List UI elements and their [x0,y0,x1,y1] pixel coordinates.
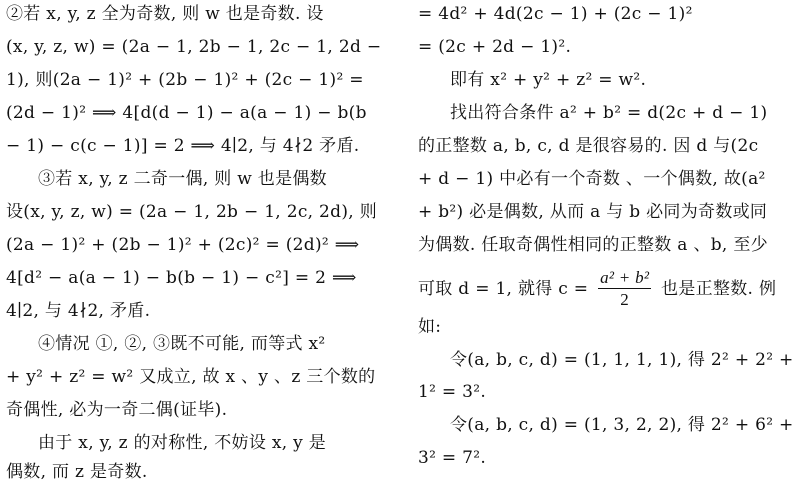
example-line: 3² = 7². [418,447,486,469]
text-line: 如: [418,316,441,338]
text-line: + y² + z² = w² 又成立, 故 x 、y 、z 三个数的 [6,366,375,388]
text-line: 即有 x² + y² + z² = w². [418,69,646,91]
text-line: 找出符合条件 a² + b² = d(2c + d − 1) [418,102,767,124]
example-line: 令(a, b, c, d) = (1, 3, 2, 2), 得 2² + 6² … [418,414,794,436]
text-line: ④情况 ①, ②, ③既不可能, 而等式 x² [6,333,326,355]
text-line: 设(x, y, z, w) = (2a − 1, 2b − 1, 2c, 2d)… [6,201,377,223]
text-line: 4∣2, 与 4∤2, 矛盾. [6,300,150,322]
text-line: (2d − 1)² ⟹ 4[d(d − 1) − a(a − 1) − b(b [6,102,367,124]
text-line: ③若 x, y, z 二奇一偶, 则 w 也是偶数 [6,168,327,190]
example-line: 1² = 3². [418,381,486,403]
text-line: 4[d² − a(a − 1) − b(b − 1) − c²] = 2 ⟹ [6,267,357,289]
fraction-numerator: a² + b² [598,268,651,289]
text-line: (x, y, z, w) = (2a − 1, 2b − 1, 2c − 1, … [6,36,381,58]
fraction-prefix: 可取 d = 1, 就得 c = [418,279,588,299]
example-line: 令(a, b, c, d) = (1, 1, 1, 1), 得 2² + 2² … [418,349,794,371]
text-line: (2a − 1)² + (2b − 1)² + (2c)² = (2d)² ⟹ [6,234,359,256]
text-line: + b²) 必是偶数, 从而 a 与 b 必同为奇数或同 [418,201,767,223]
text-line-with-fraction: 可取 d = 1, 就得 c = a² + b² 2 也是正整数. 例 [418,268,776,311]
equation-line: = (2c + 2d − 1)². [418,36,571,58]
equation-line: = 4d² + 4d(2c − 1) + (2c − 1)² [418,3,693,25]
fraction-suffix: 也是正整数. 例 [661,279,776,299]
text-line: ②若 x, y, z 全为奇数, 则 w 也是奇数. 设 [6,3,324,25]
text-line: 奇偶性, 必为一奇二偶(证毕). [6,399,227,421]
fraction-denominator: 2 [598,289,651,311]
text-line: 偶数, 而 z 是奇数. [6,461,148,481]
text-line: 由于 x, y, z 的对称性, 不妨设 x, y 是 [6,432,326,454]
text-line: 为偶数. 任取奇偶性相同的正整数 a 、b, 至少 [418,234,768,256]
text-line: + d − 1) 中必有一个奇数 、一个偶数, 故(a² [418,168,766,190]
text-line: 的正整数 a, b, c, d 是很容易的. 因 d 与(2c [418,135,758,157]
text-line: − 1) − c(c − 1)] = 2 ⟹ 4∣2, 与 4∤2 矛盾. [6,135,359,157]
fraction: a² + b² 2 [598,268,651,311]
text-line: 1), 则(2a − 1)² + (2b − 1)² + (2c − 1)² = [6,69,364,91]
